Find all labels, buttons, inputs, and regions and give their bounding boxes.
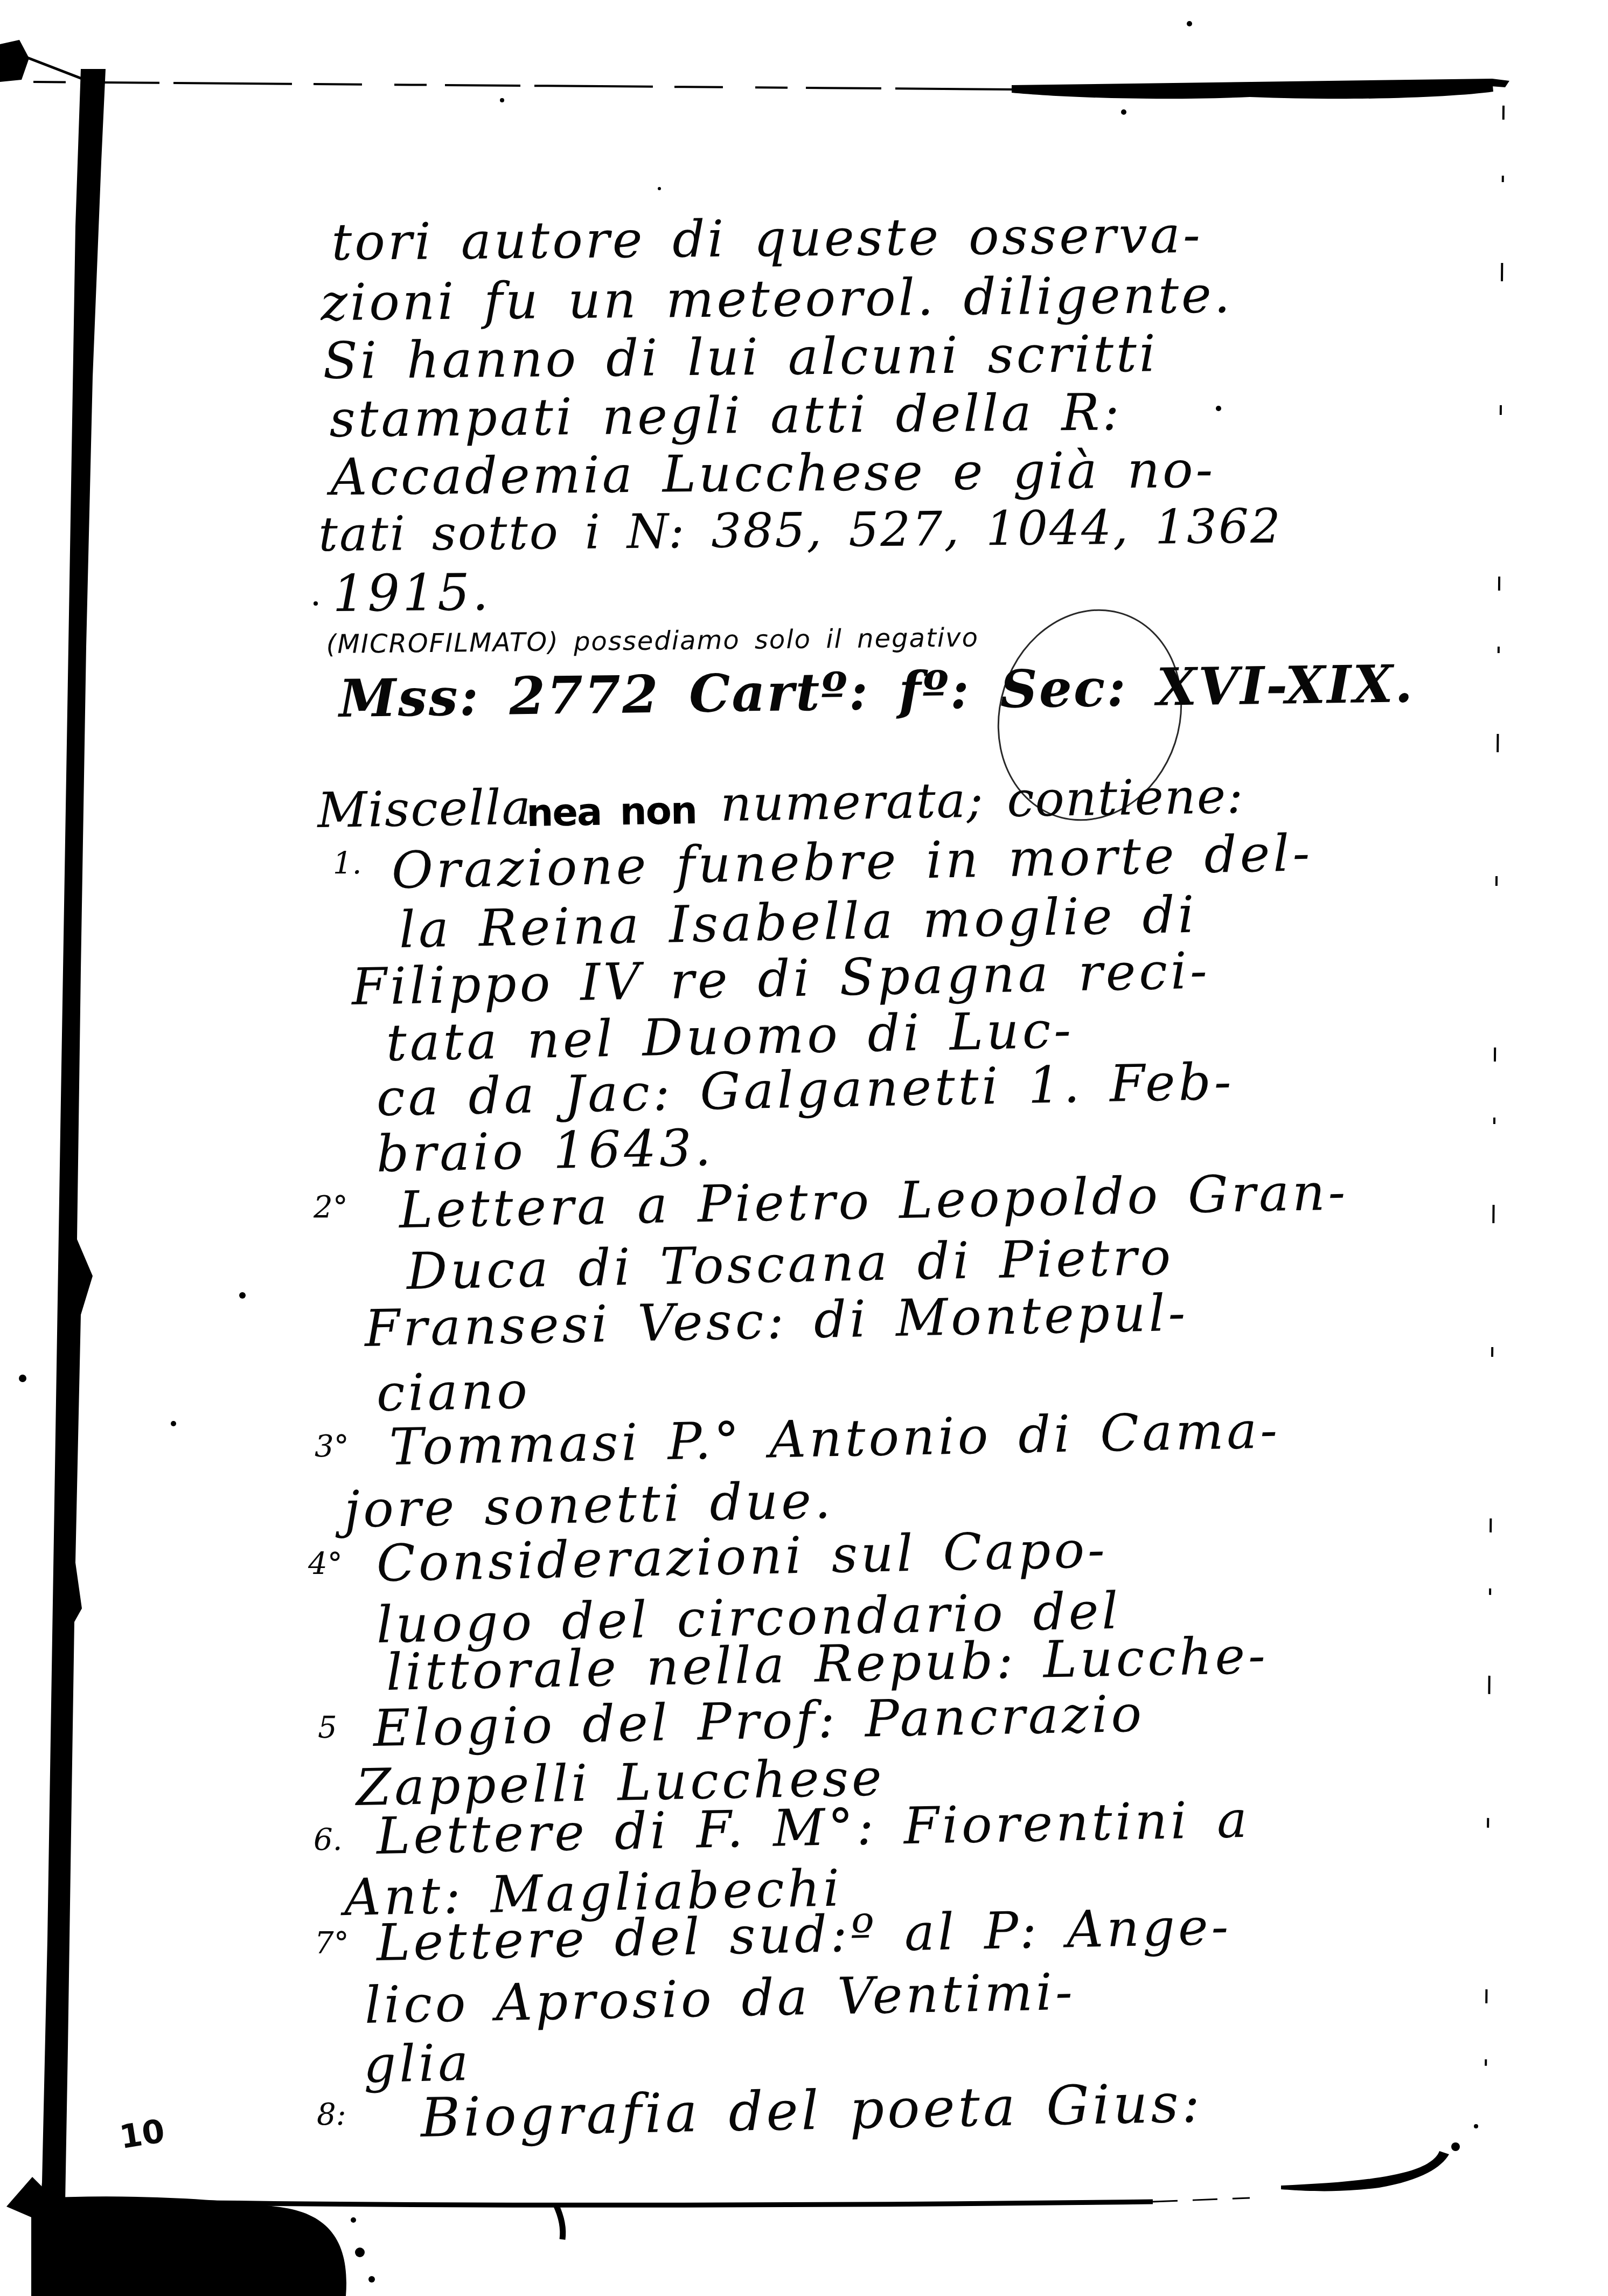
ink-dot: [1451, 2142, 1460, 2151]
scanned-manuscript-page: tori autore di queste osserva- zioni fu …: [0, 0, 1608, 2296]
text-line: tori autore di queste osserva-: [331, 206, 1203, 272]
heading-post: numerata; contiene:: [720, 768, 1244, 833]
shelfmark-circled-centuries: XVI-XIX.: [1156, 653, 1415, 718]
binding-bar-artifact: [32, 69, 106, 2296]
bottom-right-swoosh-artifact: [1281, 2151, 1449, 2191]
right-edge-dashed-line: [1485, 106, 1503, 2137]
corner-crease-line: [6, 50, 82, 79]
paper-speckle: [314, 601, 318, 606]
text-line: tati sotto i N: 385, 527, 1044, 1362: [318, 498, 1282, 562]
microfilm-note: (MICROFILMATO) possediamo solo il negati…: [326, 622, 979, 660]
paper-speckle: [1474, 2124, 1478, 2128]
paper-speckle: [239, 1292, 246, 1299]
item-number: 6.: [314, 1822, 342, 1857]
paper-speckle: [1121, 109, 1126, 115]
text-line: Accademia Lucchese e già no-: [330, 441, 1216, 507]
item-number: 7°: [315, 1926, 349, 1961]
item-number: 1.: [333, 846, 361, 881]
blob-speckle: [351, 2217, 356, 2223]
binding-bar-spur-artifact: [6, 2177, 51, 2220]
top-edge-thin-line: [33, 82, 1013, 89]
text-line: braio 1643.: [376, 1119, 715, 1184]
paper-speckle: [1216, 406, 1221, 411]
paper-speckle: [658, 187, 661, 190]
heading-overwrite: nea non: [526, 788, 697, 835]
corner-wedge-artifact: [0, 40, 29, 82]
bottom-edge-thin-tail: [1153, 2198, 1250, 2202]
item-number: 4°: [308, 1546, 343, 1581]
item-number: 2°: [314, 1190, 348, 1225]
item-number: 3°: [315, 1429, 349, 1464]
blob-speckle: [368, 2276, 375, 2283]
paper-speckle: [171, 1421, 176, 1426]
text-line: Si hanno di lui alcuni scritti: [323, 324, 1158, 391]
text-line: Biografia del poeta Gius:: [420, 2071, 1204, 2149]
paper-speckle: [500, 98, 504, 102]
text-line: ciano: [376, 1362, 531, 1423]
page-number: 10: [117, 2112, 167, 2156]
top-edge-band-artifact: [1012, 79, 1493, 99]
bottom-edge-hook: [556, 2205, 563, 2239]
paper-speckle: [19, 1375, 26, 1382]
text-line: zioni fu un meteorol. diligente.: [321, 266, 1233, 332]
text-line: lico Aprosio da Ventimi-: [364, 1963, 1076, 2035]
bottom-left-ink-blob: [31, 2196, 346, 2296]
top-edge-band-tail: [1491, 79, 1509, 87]
heading-pre: Miscella: [317, 779, 532, 839]
item-number: 8:: [317, 2097, 346, 2132]
blob-speckle: [355, 2248, 365, 2257]
paper-speckle: [1187, 21, 1192, 26]
shelfmark-line: Mss: 2772 Cartº: fº: Sec: XVI-XIX.: [338, 653, 1415, 729]
text-line: 1915.: [332, 563, 491, 623]
item-number: 5: [318, 1710, 337, 1745]
bottom-edge-line: [46, 2200, 1153, 2205]
text-line: stampati negli atti della R:: [329, 383, 1122, 449]
